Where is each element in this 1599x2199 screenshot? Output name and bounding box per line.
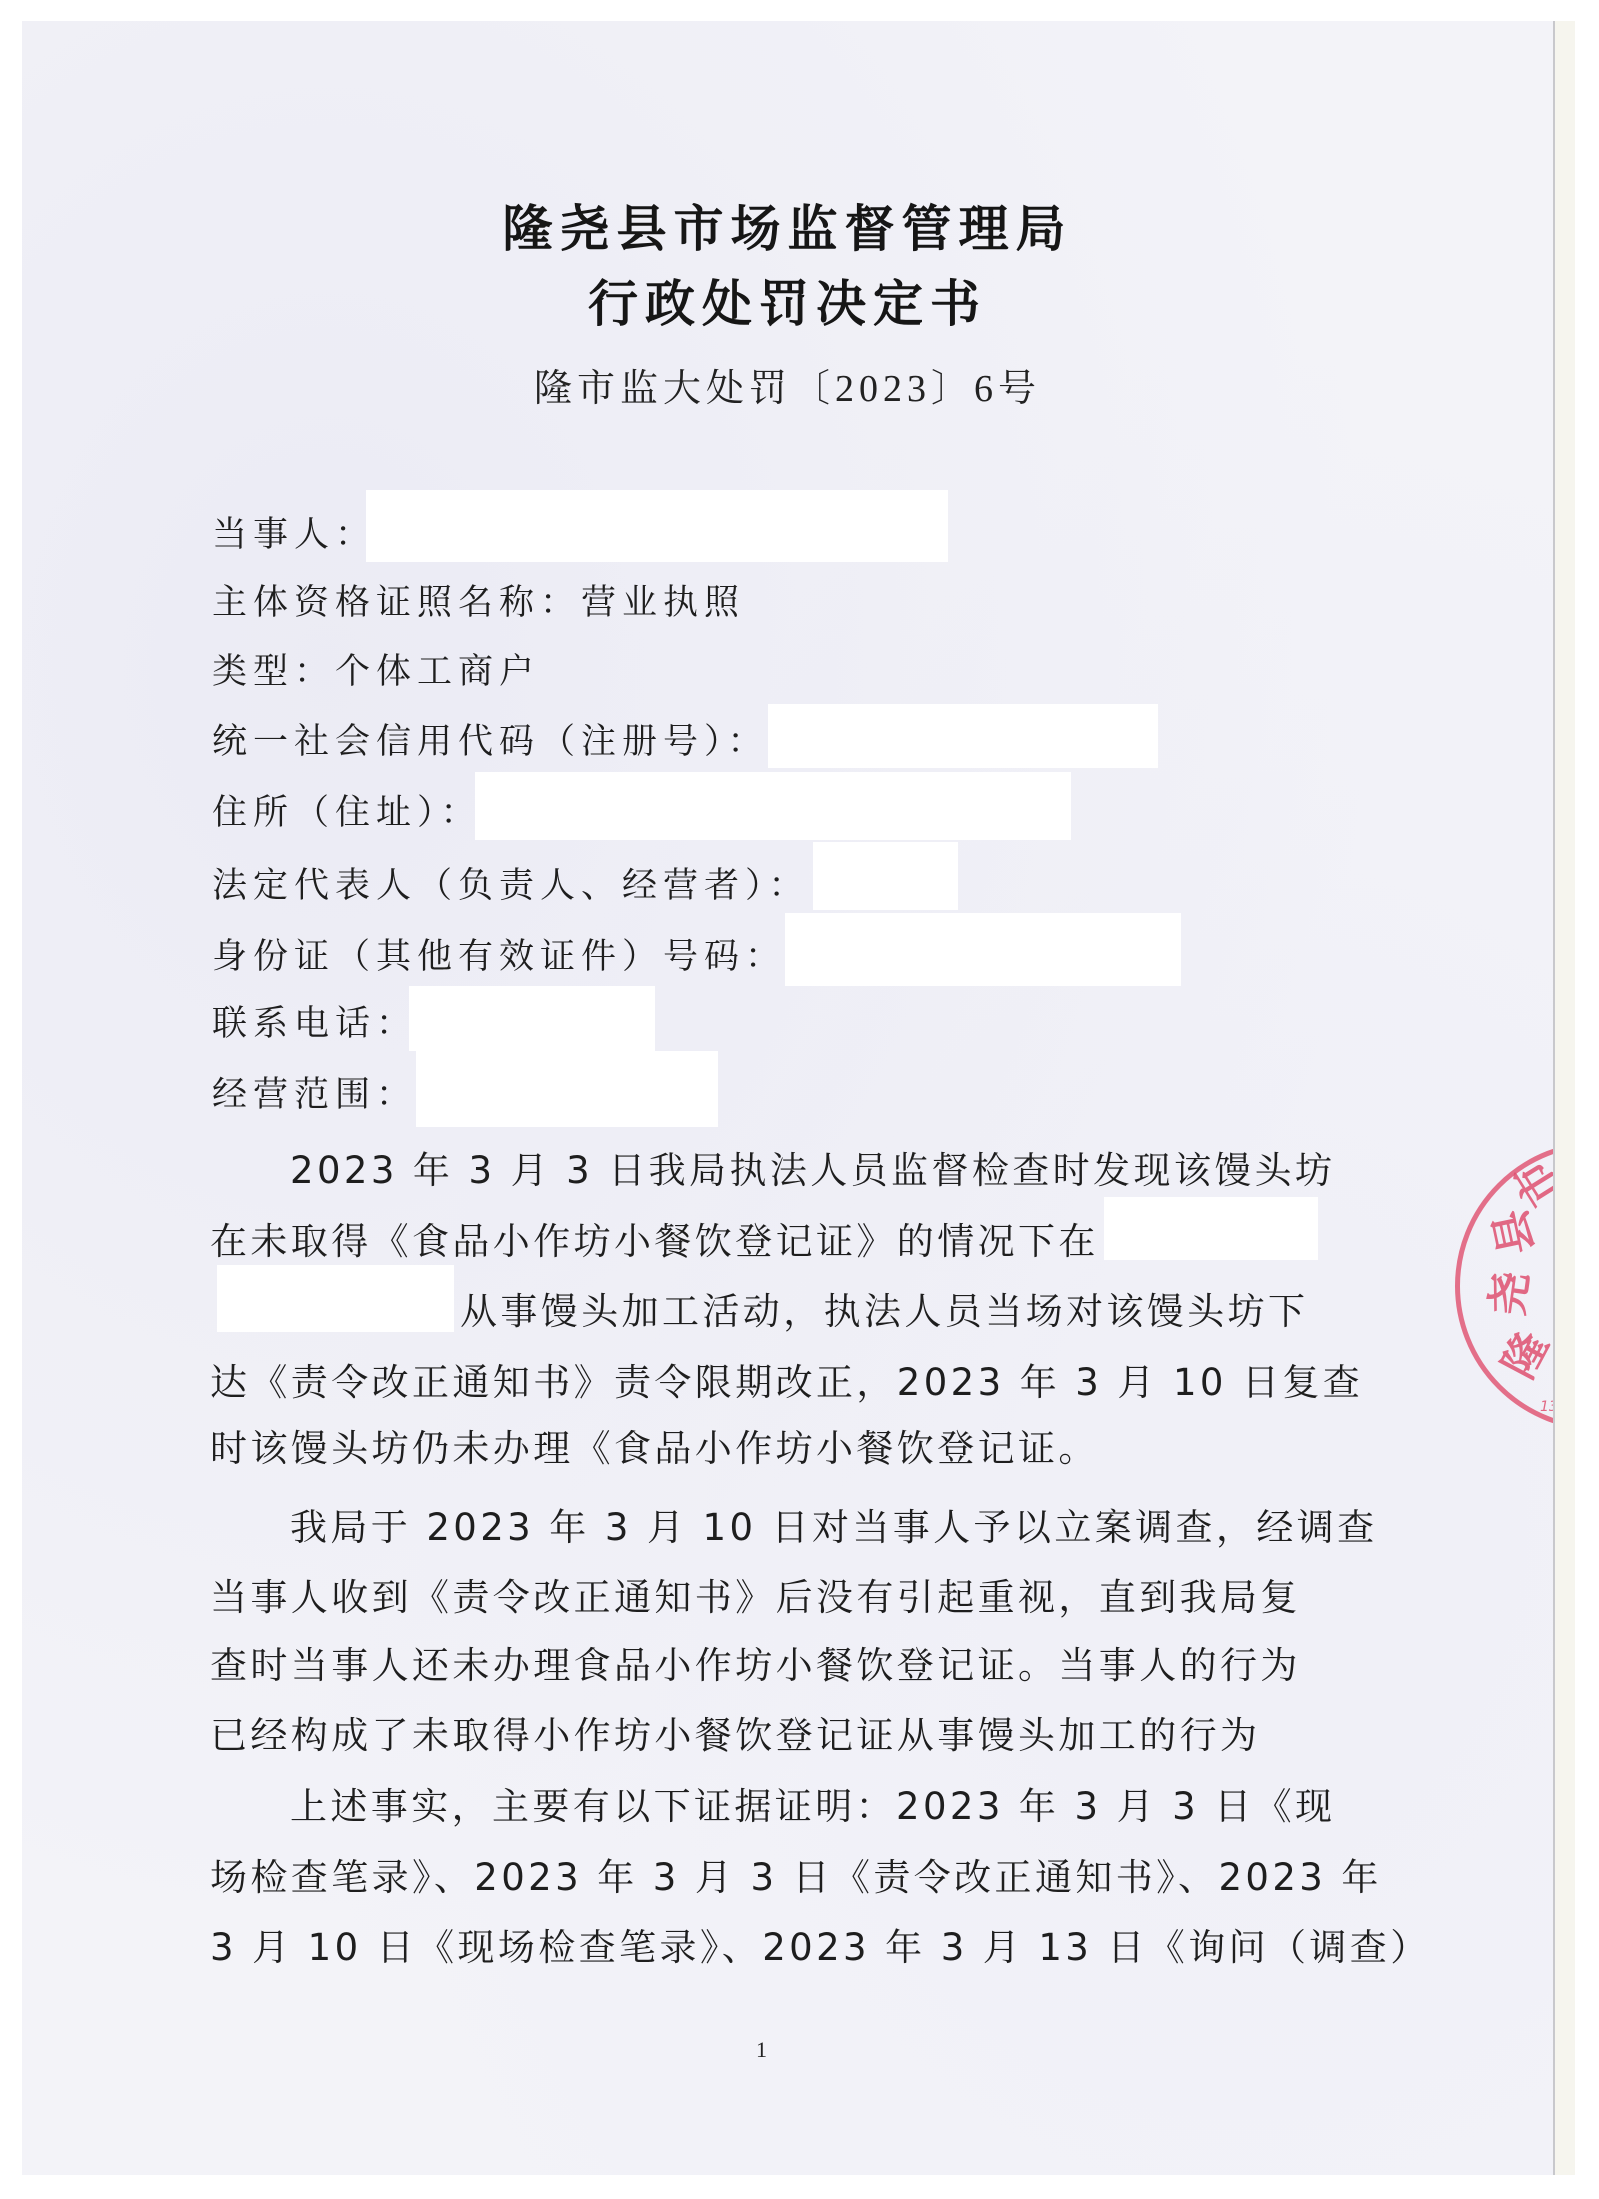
paragraph2-line2: 当事人收到《责令改正通知书》后没有引起重视，直到我局复 [210, 1567, 1301, 1621]
paragraph2-line1: 我局于 2023 年 3 月 10 日对当事人予以立案调查，经调查 [290, 1497, 1378, 1551]
redacted-representative [813, 842, 958, 910]
field-legal-representative: 法定代表人（负责人、经营者）： [212, 858, 810, 908]
field-business-scope: 经营范围： [212, 1067, 417, 1117]
seal-char-2: 尧 [1471, 1267, 1541, 1319]
seal-number-fragment: 13 [1540, 1399, 1555, 1415]
paragraph2-line3: 查时当事人还未办理食品小作坊小餐饮登记证。当事人的行为 [210, 1635, 1301, 1689]
document-type-title: 行政处罚决定书 [22, 264, 1553, 336]
field-party: 当事人： [212, 507, 376, 557]
paragraph1-line1: 2023 年 3 月 3 日我局执法人员监督检查时发现该馒头坊 [290, 1140, 1335, 1194]
paragraph1-line4: 达《责令改正通知书》责令限期改正，2023 年 3 月 10 日复查 [210, 1352, 1363, 1406]
paragraph1-line2: 在未取得《食品小作坊小餐饮登记证》的情况下在 [210, 1211, 1099, 1265]
paragraph2-line4: 已经构成了未取得小作坊小餐饮登记证从事馒头加工的行为 [210, 1705, 1260, 1759]
field-credit-code: 统一社会信用代码（注册号）： [212, 714, 769, 764]
paragraph3-line1: 上述事实，主要有以下证据证明：2023 年 3 月 3 日《现 [290, 1776, 1335, 1830]
redacted-location-part2 [217, 1265, 454, 1332]
field-id-number: 身份证（其他有效证件）号码： [212, 929, 786, 979]
redacted-location-part1 [1104, 1197, 1318, 1260]
redacted-credit-code [768, 704, 1158, 768]
redacted-phone [409, 986, 655, 1051]
document-page: 隆尧县市场监督管理局 行政处罚决定书 隆市监大处罚〔2023〕6号 当事人： 主… [22, 21, 1555, 2175]
paragraph3-line2: 场检查笔录》、2023 年 3 月 3 日《责令改正通知书》、2023 年 [210, 1847, 1382, 1901]
redacted-business-scope [416, 1051, 718, 1127]
redacted-id-number [785, 913, 1181, 986]
page-edge-strip [1555, 21, 1575, 2175]
redacted-party-name [366, 490, 948, 562]
agency-title: 隆尧县市场监督管理局 [22, 189, 1553, 261]
paragraph3-line3: 3 月 10 日《现场检查笔录》、2023 年 3 月 13 日《询问（调查） [210, 1917, 1431, 1971]
redacted-address [475, 772, 1071, 840]
page-number: 1 [756, 2037, 767, 2063]
field-address: 住所（住址）： [212, 785, 482, 835]
paragraph1-line3: 从事馒头加工活动，执法人员当场对该馒头坊下 [460, 1281, 1308, 1335]
field-license-name: 主体资格证照名称：营业执照 [212, 575, 745, 625]
paragraph1-line5: 时该馒头坊仍未办理《食品小作坊小餐饮登记证。 [210, 1418, 1099, 1472]
document-number: 隆市监大处罚〔2023〕6号 [22, 357, 1553, 412]
field-phone: 联系电话： [212, 996, 417, 1046]
field-entity-type: 类型：个体工商户 [212, 644, 540, 694]
